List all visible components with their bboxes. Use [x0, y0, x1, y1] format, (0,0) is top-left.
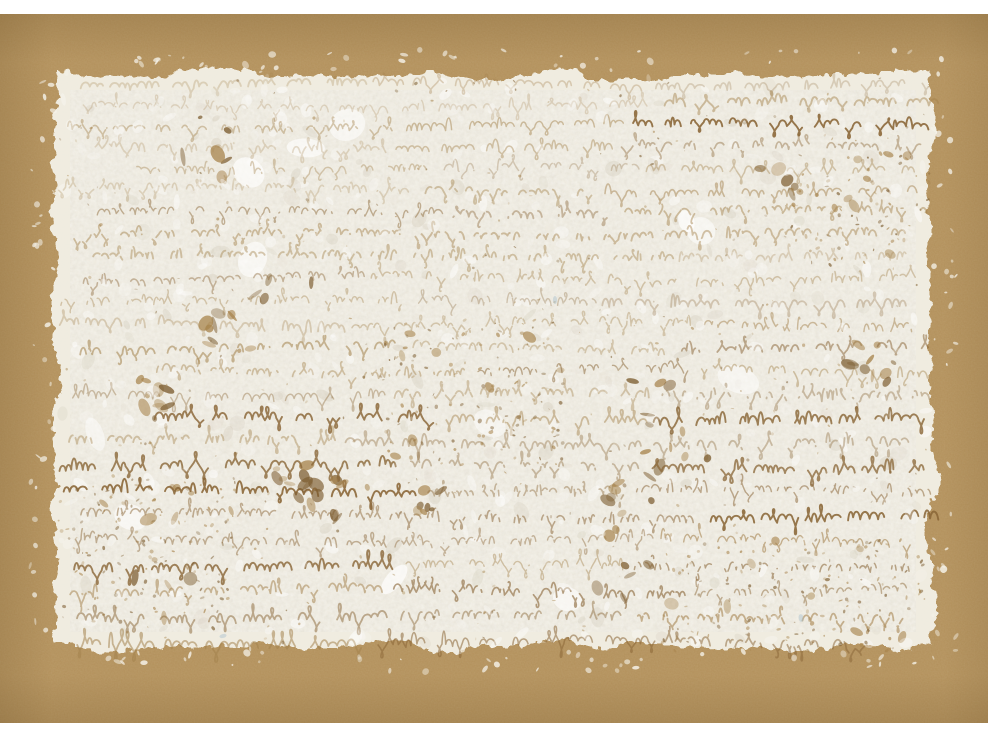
dense-ink-speck	[87, 554, 91, 556]
vignette-top	[0, 14, 988, 62]
edge-feather-bottom	[624, 659, 630, 664]
ink-speck	[529, 195, 533, 196]
vignette-bottom	[0, 675, 988, 723]
gray-mottle	[806, 193, 812, 206]
vignette-right	[944, 14, 988, 723]
dense-ink-speck	[726, 583, 730, 585]
artwork-scan	[0, 0, 988, 741]
vignette-left	[0, 14, 52, 723]
ink-speck	[802, 344, 805, 347]
dense-ink-speck	[888, 637, 891, 640]
gray-mottle	[736, 474, 745, 483]
artwork-scan-stage	[0, 0, 988, 741]
white-mottle	[554, 226, 569, 238]
gray-mottle	[653, 100, 664, 106]
